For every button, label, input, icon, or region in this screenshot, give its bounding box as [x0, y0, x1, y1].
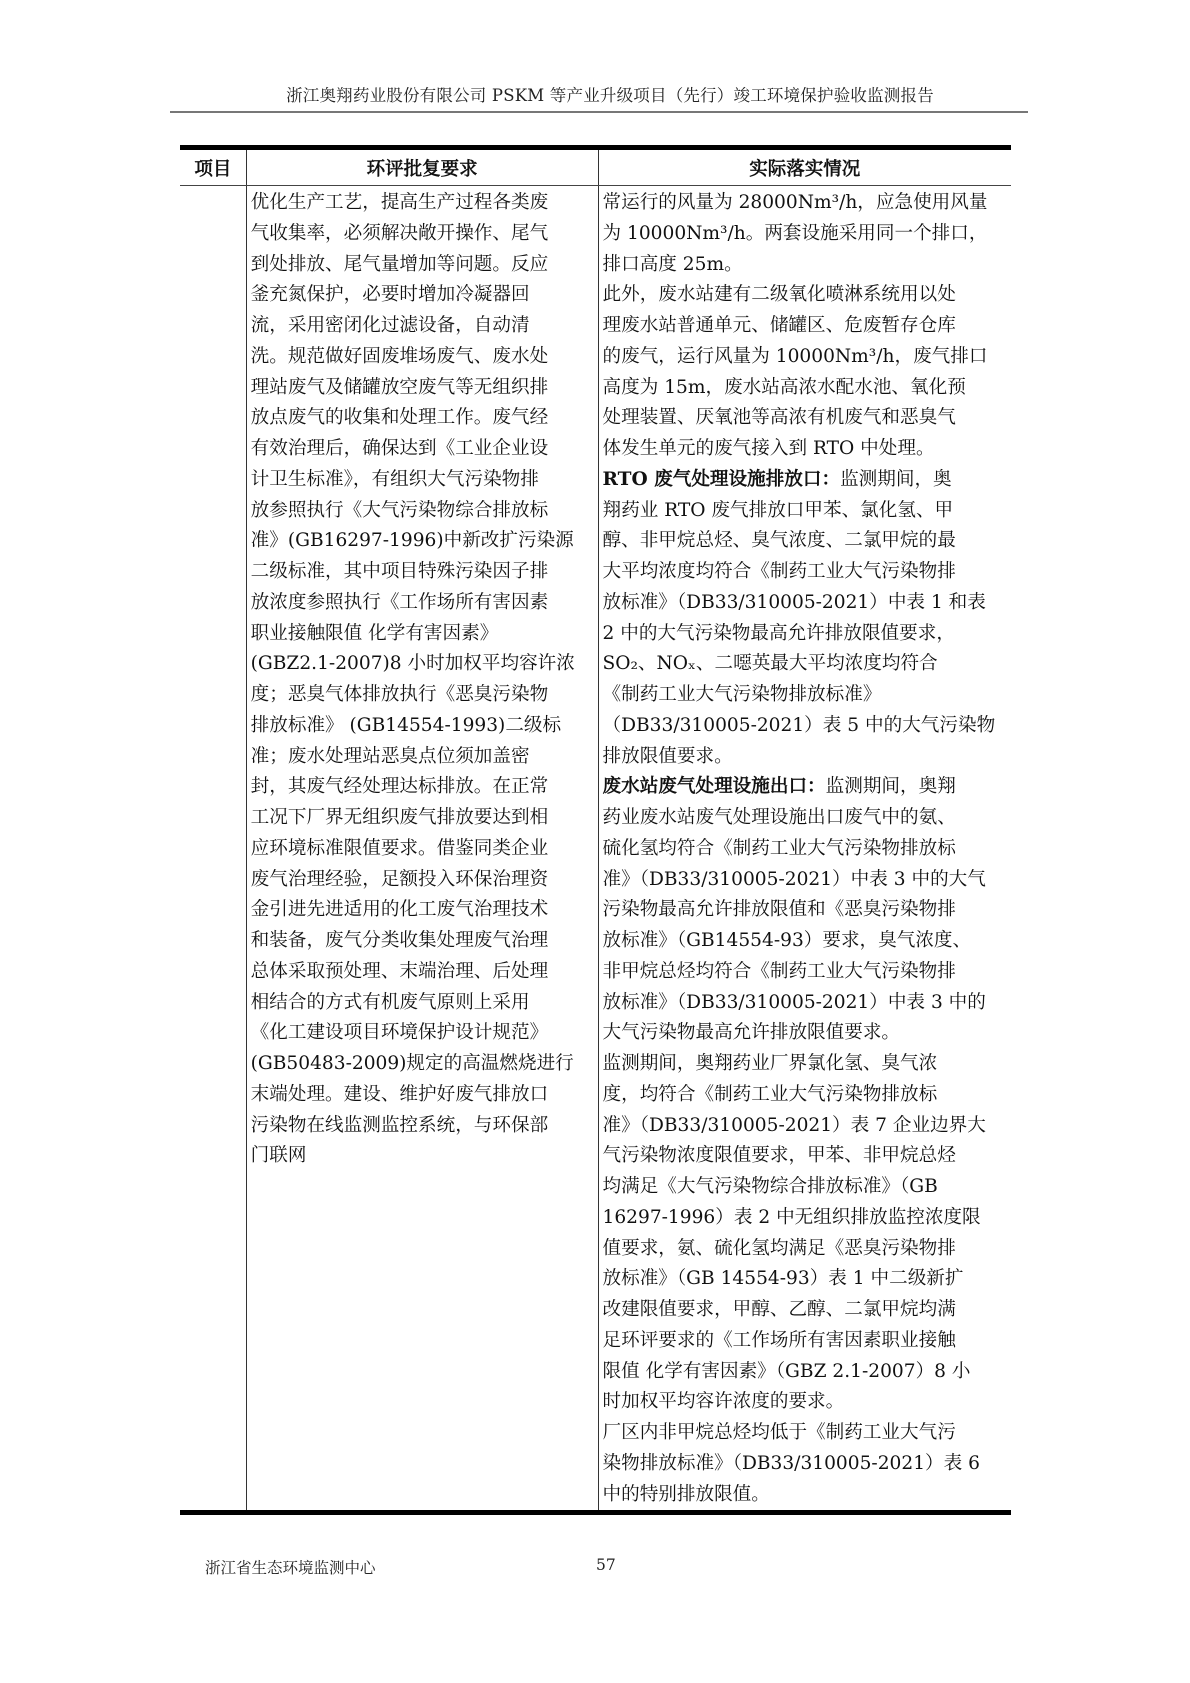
- implementation-line: 大气污染物最高允许排放限值要求。: [603, 1018, 1012, 1049]
- requirement-line: 洗。规范做好固废堆场废气、废水处: [251, 342, 598, 373]
- implementation-line: 理废水站普通单元、储罐区、危废暂存仓库: [603, 311, 1012, 342]
- implementation-line: 翔药业 RTO 废气排放口甲苯、氯化氢、甲: [603, 496, 1012, 527]
- requirement-line: 应环境标准限值要求。借鉴同类企业: [251, 834, 598, 865]
- implementation-line: 16297-1996）表 2 中无组织排放监控浓度限: [603, 1203, 1012, 1234]
- requirement-line: 职业接触限值 化学有害因素》: [251, 619, 598, 650]
- requirement-line: (GBZ2.1-2007)8 小时加权平均容许浓: [251, 649, 598, 680]
- implementation-line: 非甲烷总烃均符合《制药工业大气污染物排: [603, 957, 1012, 988]
- requirement-line: 和装备，废气分类收集处理废气治理: [251, 926, 598, 957]
- requirement-line: 封，其废气经处理达标排放。在正常: [251, 772, 598, 803]
- implementation-line: 限值 化学有害因素》（GBZ 2.1-2007）8 小: [603, 1357, 1012, 1388]
- requirement-line: 理站废气及储罐放空废气等无组织排: [251, 373, 598, 404]
- implementation-line: 醇、非甲烷总烃、臭气浓度、二氯甲烷的最: [603, 526, 1012, 557]
- implementation-line: 厂区内非甲烷总烃均低于《制药工业大气污: [603, 1418, 1012, 1449]
- column-header-implementation: 实际落实情况: [598, 148, 1011, 186]
- implementation-line: 放标准》（DB33/310005-2021）中表 3 中的: [603, 988, 1012, 1019]
- implementation-line: 大平均浓度均符合《制药工业大气污染物排: [603, 557, 1012, 588]
- table-row: 优化生产工艺，提高生产过程各类废气收集率，必须解决敞开操作、尾气到处排放、尾气量…: [180, 186, 1011, 1513]
- requirement-line: 优化生产工艺，提高生产过程各类废: [251, 188, 598, 219]
- implementation-line: 时加权平均容许浓度的要求。: [603, 1387, 1012, 1418]
- implementation-cell: 常运行的风量为 28000Nm³/h，应急使用风量为 10000Nm³/h。两套…: [598, 186, 1011, 1513]
- implementation-line: 《制药工业大气污染物排放标准》: [603, 680, 1012, 711]
- requirements-table: 项目 环评批复要求 实际落实情况 优化生产工艺，提高生产过程各类废气收集率，必须…: [180, 145, 1011, 1515]
- section-heading: RTO 废气处理设施排放口：: [603, 469, 841, 490]
- implementation-line: 放标准》（DB33/310005-2021）中表 1 和表: [603, 588, 1012, 619]
- implementation-line: 排放限值要求。: [603, 742, 1012, 773]
- requirement-line: 釜充氮保护，必要时增加冷凝器回: [251, 280, 598, 311]
- requirement-line: 金引进先进适用的化工废气治理技术: [251, 895, 598, 926]
- requirement-line: 《化工建设项目环境保护设计规范》: [251, 1018, 598, 1049]
- implementation-line: RTO 废气处理设施排放口：监测期间，奥: [603, 465, 1012, 496]
- column-header-item: 项目: [180, 148, 246, 186]
- implementation-line: 放标准》（GB 14554-93）表 1 中二级新扩: [603, 1264, 1012, 1295]
- implementation-line: 值要求，氨、硫化氢均满足《恶臭污染物排: [603, 1234, 1012, 1265]
- requirement-text: 优化生产工艺，提高生产过程各类废气收集率，必须解决敞开操作、尾气到处排放、尾气量…: [247, 186, 598, 1172]
- requirement-line: 计卫生标准》，有组织大气污染物排: [251, 465, 598, 496]
- implementation-line: SO₂、NOₓ、二噁英最大平均浓度均符合: [603, 649, 1012, 680]
- implementation-line: 排口高度 25m。: [603, 250, 1012, 281]
- implementation-line: 准》（DB33/310005-2021）表 7 企业边界大: [603, 1111, 1012, 1142]
- implementation-line: 污染物最高允许排放限值和《恶臭污染物排: [603, 895, 1012, 926]
- requirement-line: 二级标准，其中项目特殊污染因子排: [251, 557, 598, 588]
- requirement-line: (GB50483-2009)规定的高温燃烧进行: [251, 1049, 598, 1080]
- implementation-line: 改建限值要求，甲醇、乙醇、二氯甲烷均满: [603, 1295, 1012, 1326]
- implementation-text: 常运行的风量为 28000Nm³/h，应急使用风量为 10000Nm³/h。两套…: [599, 186, 1012, 1510]
- page-header: 浙江奥翔药业股份有限公司 PSKM 等产业升级项目（先行）竣工环境保护验收监测报…: [200, 82, 1020, 106]
- requirement-line: 末端处理。建设、维护好废气排放口: [251, 1080, 598, 1111]
- implementation-line: 高度为 15m，废水站高浓水配水池、氧化预: [603, 373, 1012, 404]
- implementation-line: 2 中的大气污染物最高允许排放限值要求，: [603, 619, 1012, 650]
- requirement-line: 气收集率，必须解决敞开操作、尾气: [251, 219, 598, 250]
- section-heading: 废水站废气处理设施出口：: [603, 776, 826, 797]
- requirement-cell: 优化生产工艺，提高生产过程各类废气收集率，必须解决敞开操作、尾气到处排放、尾气量…: [246, 186, 598, 1513]
- implementation-line: 度，均符合《制药工业大气污染物排放标: [603, 1080, 1012, 1111]
- column-header-requirement: 环评批复要求: [246, 148, 598, 186]
- requirement-line: 污染物在线监测监控系统，与环保部: [251, 1111, 598, 1142]
- requirement-line: 废气治理经验，足额投入环保治理资: [251, 865, 598, 896]
- implementation-line: 体发生单元的废气接入到 RTO 中处理。: [603, 434, 1012, 465]
- implementation-line: 处理装置、厌氧池等高浓有机废气和恶臭气: [603, 403, 1012, 434]
- implementation-line: 足环评要求的《工作场所有害因素职业接触: [603, 1326, 1012, 1357]
- requirement-line: 流，采用密闭化过滤设备，自动清: [251, 311, 598, 342]
- implementation-line: 常运行的风量为 28000Nm³/h，应急使用风量: [603, 188, 1012, 219]
- implementation-line: 废水站废气处理设施出口：监测期间，奥翔: [603, 772, 1012, 803]
- implementation-line: 药业废水站废气处理设施出口废气中的氨、: [603, 803, 1012, 834]
- implementation-line: 的废气，运行风量为 10000Nm³/h，废气排口: [603, 342, 1012, 373]
- implementation-line: 均满足《大气污染物综合排放标准》（GB: [603, 1172, 1012, 1203]
- requirement-line: 放参照执行《大气污染物综合排放标: [251, 496, 598, 527]
- requirement-line: 总体采取预处理、末端治理、后处理: [251, 957, 598, 988]
- implementation-line: 中的特别排放限值。: [603, 1480, 1012, 1511]
- implementation-line: （DB33/310005-2021）表 5 中的大气污染物: [603, 711, 1012, 742]
- requirement-line: 放浓度参照执行《工作场所有害因素: [251, 588, 598, 619]
- implementation-line: 染物排放标准》（DB33/310005-2021）表 6: [603, 1449, 1012, 1480]
- requirement-line: 到处排放、尾气量增加等问题。反应: [251, 250, 598, 281]
- requirement-line: 有效治理后，确保达到《工业企业设: [251, 434, 598, 465]
- implementation-line: 此外，废水站建有二级氧化喷淋系统用以处: [603, 280, 1012, 311]
- requirement-line: 准；废水处理站恶臭点位须加盖密: [251, 742, 598, 773]
- implementation-line: 准》（DB33/310005-2021）中表 3 中的大气: [603, 865, 1012, 896]
- implementation-line: 硫化氢均符合《制药工业大气污染物排放标: [603, 834, 1012, 865]
- implementation-line: 为 10000Nm³/h。两套设施采用同一个排口，: [603, 219, 1012, 250]
- page-number: 57: [596, 1556, 616, 1574]
- implementation-line: 气污染物浓度限值要求，甲苯、非甲烷总烃: [603, 1141, 1012, 1172]
- requirement-line: 度；恶臭气体排放执行《恶臭污染物: [251, 680, 598, 711]
- footer-organization: 浙江省生态环境监测中心: [205, 1556, 376, 1578]
- header-rule: [170, 111, 1028, 113]
- implementation-line: 监测期间，奥翔药业厂界氯化氢、臭气浓: [603, 1049, 1012, 1080]
- requirement-line: 排放标准》 (GB14554-1993)二级标: [251, 711, 598, 742]
- requirement-line: 工况下厂界无组织废气排放要达到相: [251, 803, 598, 834]
- requirement-line: 门联网: [251, 1141, 598, 1172]
- item-cell: [180, 186, 246, 1513]
- implementation-line: 放标准》（GB14554-93）要求，臭气浓度、: [603, 926, 1012, 957]
- requirement-line: 放点废气的收集和处理工作。废气经: [251, 403, 598, 434]
- requirement-line: 相结合的方式有机废气原则上采用: [251, 988, 598, 1019]
- requirement-line: 准》(GB16297-1996)中新改扩污染源: [251, 526, 598, 557]
- table-header-row: 项目 环评批复要求 实际落实情况: [180, 148, 1011, 186]
